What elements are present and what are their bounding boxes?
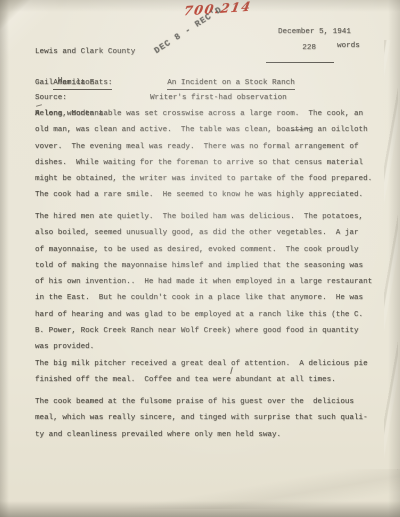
body-line: old man, was clean and active. The table… <box>35 122 385 138</box>
body-line: told of making the mayonnaise himslef an… <box>35 258 385 274</box>
paper-crease <box>0 469 400 509</box>
body-line: A long wooden table was set crosswise ac… <box>35 106 385 122</box>
series-label-text: America Eats: <box>53 79 112 90</box>
body-line: was provided. <box>35 339 385 355</box>
body-line: hard of hearing and was glad to be emplo… <box>35 307 385 323</box>
body-line: ty and cleanliness prevailed where only … <box>35 427 385 443</box>
paragraph-1: A long wooden table was set crosswise ac… <box>35 106 385 204</box>
header-county: Lewis and Clark County <box>35 47 135 57</box>
body-line: also boiled, seemed unusually good, as d… <box>35 225 385 241</box>
body-line: The cook beamed at the fulsome praise of… <box>35 394 385 410</box>
body-line: finished off the meal. Coffee and tea we… <box>35 372 385 388</box>
body-line: meal, which was really sincere, and ting… <box>35 410 385 426</box>
body-line: The big milk pitcher received a great de… <box>35 356 385 372</box>
body-line: dishes. While waiting for the foreman to… <box>35 155 385 171</box>
body-line: The cook had a rare smile. He seemed to … <box>35 187 385 203</box>
typewritten-manuscript-page: 700.214 DEC 8 - REC'D Lewis and Clark Co… <box>0 0 400 517</box>
paragraph-4: The cook beamed at the fulsome praise of… <box>35 394 385 443</box>
source-label: Source: <box>35 93 67 103</box>
body-line: B. Power, Rock Creek Ranch near Wolf Cre… <box>35 323 385 339</box>
body-line: vover. The evening meal was ready. There… <box>35 139 385 155</box>
body-line: of mayonnaise, to be used as desired, ev… <box>35 242 385 258</box>
paragraph-3: The big milk pitcher received a great de… <box>35 356 385 389</box>
word-count-label: words <box>337 41 360 51</box>
document-title-text: An Incident on a Stock Ranch <box>167 79 295 90</box>
word-count-underline: 228 <box>266 36 334 63</box>
paragraph-2: The hired men ate quietly. The boiled ha… <box>35 209 385 356</box>
source-value: Writer's first-had observation <box>150 93 287 103</box>
body-line: of his own invention.. He had made it wh… <box>35 274 385 290</box>
body-line: might be obtained, the writer was invite… <box>35 171 385 187</box>
body-line: in the East. But he couldn't cook in a p… <box>35 290 385 306</box>
word-count-value: 228 <box>302 44 316 52</box>
paper-wrinkle <box>384 40 398 470</box>
body-line: The hired men ate quietly. The boiled ha… <box>35 209 385 225</box>
